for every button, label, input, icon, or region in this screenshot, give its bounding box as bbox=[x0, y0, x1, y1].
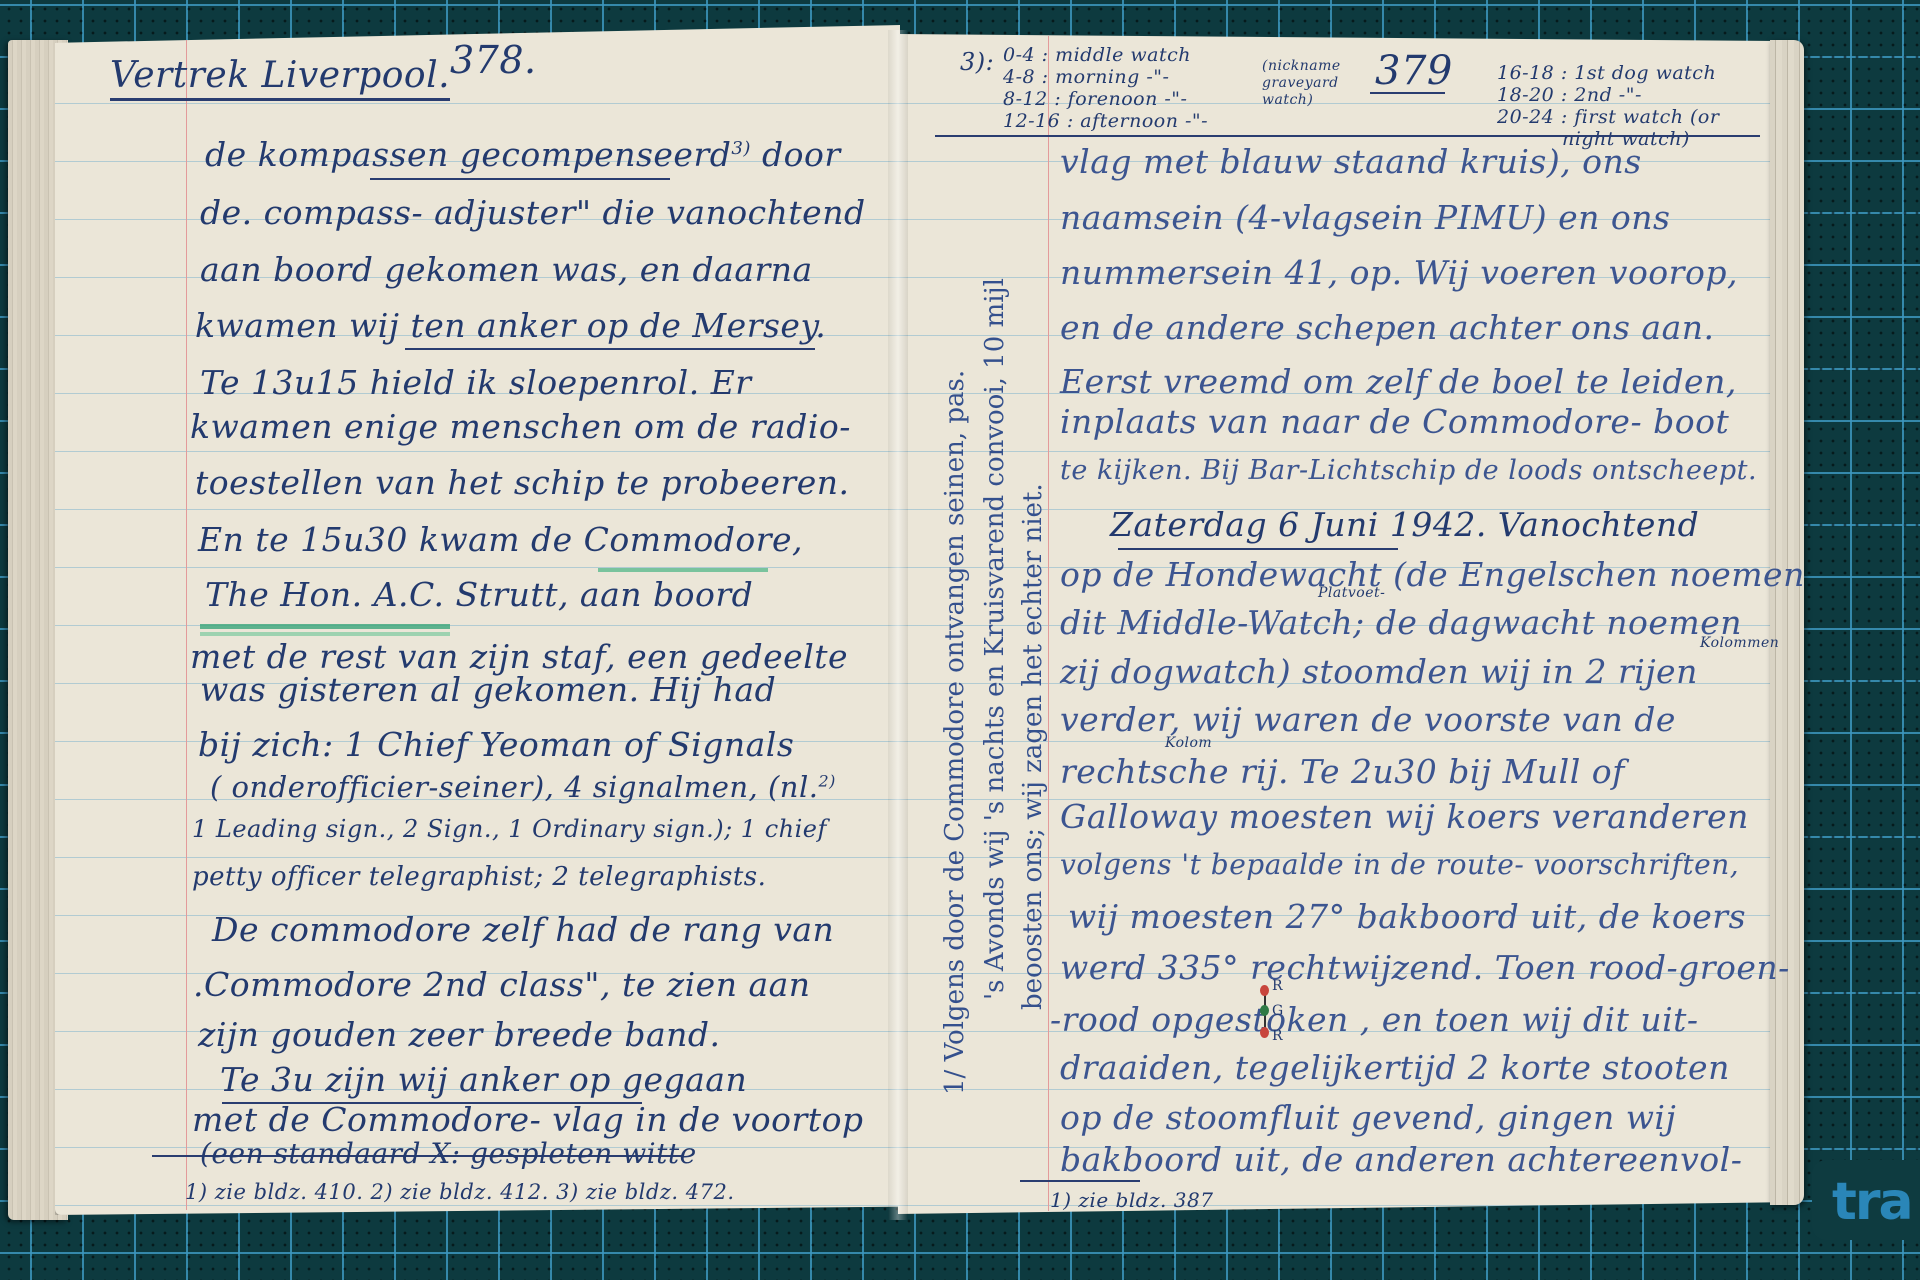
left-line-13: ( onderofficier-seiner), 4 signalmen, (n… bbox=[210, 770, 836, 804]
left-line-7: toestellen van het schip te probeeren. bbox=[195, 463, 849, 502]
light-label: R bbox=[1272, 978, 1283, 994]
right-line-10: dit Middle-Watch; de dagwacht noemen bbox=[1060, 603, 1742, 642]
watch-item: 16-18 : 1st dog watch bbox=[1497, 62, 1719, 84]
margin-note-2: 's Avonds wij 's nachts en Kruisvarend c… bbox=[980, 278, 1010, 1000]
right-line-4: en de andere schepen achter ons aan. bbox=[1060, 308, 1715, 347]
right-line-17: werd 335° rechtwijzend. Toen rood-groen- bbox=[1060, 948, 1790, 987]
margin-note-1: 1/ Volgens door de Commodore ontvangen s… bbox=[940, 370, 970, 1095]
watches-left-list: 0-4 : middle watch 4-8 : morning -"- 8-1… bbox=[1003, 44, 1208, 132]
footnote-ref: 2) bbox=[818, 771, 835, 790]
right-line-1: vlag met blauw staand kruis), ons bbox=[1060, 142, 1642, 181]
left-line-8: En te 15u30 kwam de Commodore, bbox=[198, 520, 803, 559]
watch-ref: 3): bbox=[960, 48, 994, 76]
header-rule bbox=[935, 135, 1760, 137]
left-line-14: 1 Leading sign., 2 Sign., 1 Ordinary sig… bbox=[192, 815, 827, 843]
watch-item: 18-20 : 2nd -"- bbox=[1497, 84, 1719, 106]
right-line-3: nummersein 41, op. Wij voeren voorop, bbox=[1060, 253, 1738, 292]
watch-item: 4-8 : morning -"- bbox=[1003, 66, 1208, 88]
underline bbox=[405, 348, 815, 350]
green-highlight bbox=[200, 632, 450, 636]
right-line-20: op de stoomfluit gevend, gingen wij bbox=[1060, 1098, 1676, 1137]
right-line-6: inplaats van naar de Commodore- boot bbox=[1060, 402, 1729, 441]
insert-kolom: Kolom bbox=[1165, 735, 1212, 751]
green-highlight bbox=[598, 568, 768, 572]
right-line-5: Eerst vreemd om zelf de boel te leiden, bbox=[1060, 362, 1737, 401]
right-page-number: 379 bbox=[1375, 48, 1453, 94]
insert-kolommen: Kolommen bbox=[1700, 635, 1779, 651]
green-light-icon bbox=[1260, 1005, 1269, 1016]
left-line-2: de. compass- adjuster" die vanochtend bbox=[200, 193, 866, 232]
open-notebook: Vertrek Liverpool. 378. de kompassen gec… bbox=[0, 0, 1920, 1280]
footnote-ref: 3) bbox=[731, 138, 751, 159]
right-line-13: rechtsche rij. Te 2u30 bij Mull of bbox=[1060, 752, 1625, 791]
left-line-4: kwamen wij ten anker op de Mersey. bbox=[195, 306, 826, 345]
date-underline bbox=[1118, 548, 1398, 550]
left-line-1: de kompassen gecompenseerd3) door bbox=[205, 135, 841, 174]
watch-item: 8-12 : forenoon -"- bbox=[1003, 88, 1208, 110]
right-line-19: draaiden, tegelijkertijd 2 korte stooten bbox=[1060, 1048, 1730, 1087]
left-line-5: Te 13u15 hield ik sloepenrol. Er bbox=[200, 363, 752, 402]
watch-item: 12-16 : afternoon -"- bbox=[1003, 110, 1208, 132]
left-line-9-text: The Hon. A.C. Strutt, aan boord bbox=[205, 575, 753, 614]
right-line-21: bakboord uit, de anderen achtereenvol- bbox=[1060, 1140, 1742, 1179]
left-line-17: .Commodore 2nd class", te zien aan bbox=[193, 965, 811, 1004]
left-margin-line bbox=[186, 40, 187, 1210]
right-line-16: wij moesten 27° bakboord uit, de koers bbox=[1068, 897, 1746, 936]
nickname-note: (nickname graveyard watch) bbox=[1262, 58, 1352, 109]
left-line-12: bij zich: 1 Chief Yeoman of Signals bbox=[198, 725, 794, 764]
right-page-stack bbox=[1770, 40, 1804, 1205]
right-line-11: zij dogwatch) stoomden wij in 2 rijen bbox=[1060, 652, 1698, 691]
left-line-6: kwamen enige menschen om de radio- bbox=[190, 407, 851, 446]
underline bbox=[370, 178, 670, 180]
left-line-15: petty officer telegraphist; 2 telegraphi… bbox=[192, 862, 766, 892]
right-line-18: -rood opgestoken , en toen wij dit uit- bbox=[1050, 1000, 1699, 1039]
right-line-8-date: Zaterdag 6 Juni 1942. Vanochtend bbox=[1110, 505, 1699, 544]
red-light-icon bbox=[1260, 1027, 1269, 1038]
green-highlight bbox=[200, 624, 450, 629]
left-line-11: was gisteren al gekomen. Hij had bbox=[200, 670, 776, 709]
left-line-20: met de Commodore- vlag in de voortop bbox=[192, 1100, 864, 1139]
watches-right-list: 16-18 : 1st dog watch 18-20 : 2nd -"- 20… bbox=[1497, 62, 1719, 150]
watch-item: 20-24 : first watch (or bbox=[1497, 106, 1719, 128]
watermark-logo: tra bbox=[1812, 1160, 1920, 1240]
right-line-2: naamsein (4-vlagsein PIMU) en ons bbox=[1060, 198, 1670, 237]
left-page-heading: Vertrek Liverpool. bbox=[110, 55, 450, 101]
left-line-16: De commodore zelf had de rang van bbox=[212, 910, 834, 949]
left-line-3: aan boord gekomen was, en daarna bbox=[200, 250, 813, 289]
right-line-12: verder, wij waren de voorste van de bbox=[1060, 700, 1676, 739]
left-line-21: (een standaard X: gespleten witte bbox=[200, 1137, 697, 1170]
left-line-18: zijn gouden zeer breede band. bbox=[198, 1015, 721, 1054]
right-line-7: te kijken. Bij Bar-Lichtschip de loods o… bbox=[1060, 455, 1757, 486]
left-page-number: 378. bbox=[450, 38, 537, 82]
right-footnote: 1) zie bldz. 387 bbox=[1050, 1188, 1213, 1212]
book-gutter bbox=[888, 30, 908, 1220]
left-line-1-text: de kompassen gecompenseerd bbox=[205, 135, 731, 174]
red-light-icon bbox=[1260, 985, 1269, 996]
left-line-13-text: ( onderofficier-seiner), 4 signalmen, (n… bbox=[210, 770, 818, 804]
watch-item: 0-4 : middle watch bbox=[1003, 44, 1208, 66]
insert-platvoet: Platvoet- bbox=[1318, 585, 1385, 601]
light-label: R bbox=[1272, 1028, 1283, 1044]
right-line-15: volgens 't bepaalde in de route- voorsch… bbox=[1060, 848, 1739, 881]
right-line-9: op de Hondewacht (de Engelschen noemen bbox=[1060, 555, 1805, 594]
left-line-1-tail: door bbox=[762, 135, 841, 174]
right-margin-line bbox=[1048, 36, 1049, 1211]
left-line-9: The Hon. A.C. Strutt, aan boord bbox=[205, 575, 753, 614]
left-footnotes: 1) zie bldz. 410. 2) zie bldz. 412. 3) z… bbox=[185, 1180, 735, 1204]
margin-note-3: beoosten ons; wij zagen het echter niet. bbox=[1018, 483, 1048, 1010]
light-label: G bbox=[1272, 1003, 1284, 1019]
footnote-rule bbox=[1020, 1180, 1140, 1182]
right-line-14: Galloway moesten wij koers veranderen bbox=[1060, 797, 1749, 836]
left-line-19: Te 3u zijn wij anker op gegaan bbox=[220, 1060, 747, 1099]
underline bbox=[1370, 92, 1445, 94]
